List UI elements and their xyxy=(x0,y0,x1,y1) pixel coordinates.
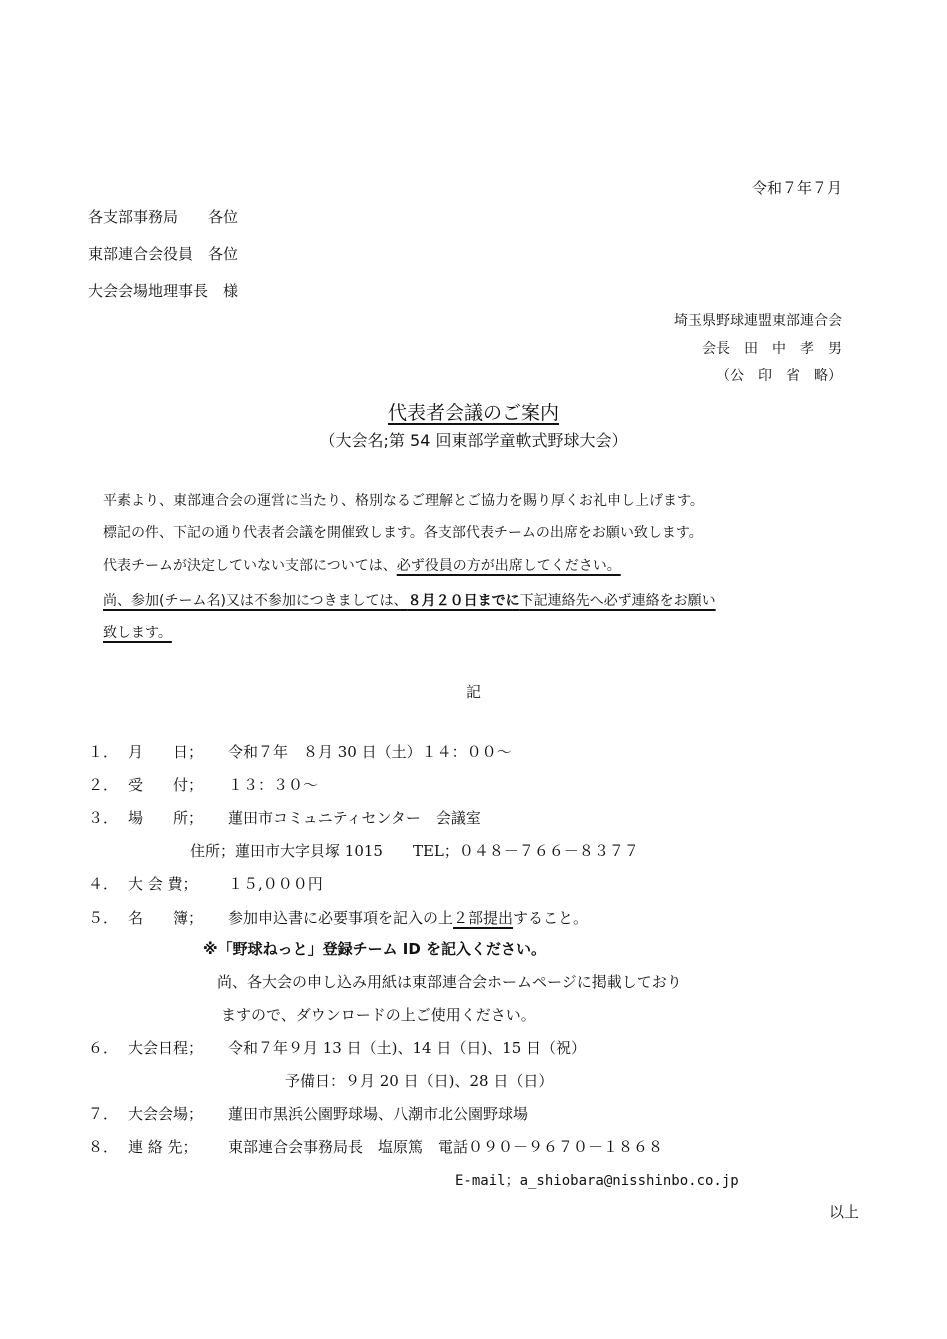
item-fee-value: １５,０００円 xyxy=(228,875,323,893)
item-date-value: 令和７年 ８月 30 日（土）１４：００～ xyxy=(228,743,512,761)
item-roster: ５．名 簿；参加申込書に必要事項を記入の上２部提出すること。 xyxy=(88,911,588,926)
item-reception: ２．受 付；１３：３０～ xyxy=(88,778,318,793)
contact-email: E-mail；a_shiobara@nisshinbo.co.jp xyxy=(455,1174,739,1188)
item-reception-value: １３：３０～ xyxy=(228,776,318,794)
tournament-name: （大会名;第 54 回東部学童軟式野球大会） xyxy=(0,433,947,449)
roster-download-note-2: ますので、ダウンロードの上ご使用ください。 xyxy=(221,1008,536,1023)
item-contact: ８．連 絡 先；東部連合会事務局長 塩原篤 電話０９０－９６７０－１８６８ xyxy=(88,1140,663,1155)
ki-marker: 記 xyxy=(0,685,947,700)
sender-president: 会長 田 中 孝 男 xyxy=(702,342,842,356)
item-place-address: 住所；蓮田市大字貝塚 1015 TEL；０４８－７６６－８３７７ xyxy=(190,844,639,859)
item-date: １．月 日；令和７年 ８月 30 日（土）１４：００～ xyxy=(88,745,512,760)
item-schedule-value: 令和７年９月 13 日（土)、14 日（日)、15 日（祝） xyxy=(228,1039,586,1057)
recipient-venue-directors: 大会会場地理事長 様 xyxy=(88,284,238,299)
item-place: ３．場 所；蓮田市コミュニティセンター 会議室 xyxy=(88,811,481,826)
roster-team-id-note: ※「野球ねっと」登録チーム ID を記入ください。 xyxy=(203,942,546,957)
item-venue: ７．大会会場；蓮田市黒浜公園野球場、八潮市北公園野球場 xyxy=(88,1107,528,1122)
item-place-value: 蓮田市コミュニティセンター 会議室 xyxy=(228,809,481,827)
body-line-3-plain: 代表チームが決定していない支部については、 xyxy=(103,558,397,574)
recipient-branch-offices: 各支部事務局 各位 xyxy=(88,210,238,225)
body-line-1: 平素より、東部連合会の運営に当たり、格別なるご理解とご協力を賜り厚くお礼申し上げ… xyxy=(103,494,704,508)
body-line-3-underlined: 必ず役員の方が出席してください。 xyxy=(397,558,621,574)
closing-mark: 以上 xyxy=(829,1205,859,1220)
item-venue-value: 蓮田市黒浜公園野球場、八潮市北公園野球場 xyxy=(228,1105,528,1123)
body-line-3: 代表チームが決定していない支部については、必ず役員の方が出席してください。 xyxy=(103,559,621,573)
document-date: 令和７年７月 xyxy=(752,181,842,196)
submit-two-copies: ２部提出 xyxy=(453,909,513,927)
body-line-5: 致します。 xyxy=(103,626,172,640)
page-title: 代表者会議のご案内 xyxy=(0,404,947,423)
sender-organization: 埼玉県野球連盟東部連合会 xyxy=(674,314,842,328)
body-line-2: 標記の件、下記の通り代表者会議を開催致します。各支部代表チームの出席をお願い致し… xyxy=(103,526,703,540)
roster-download-note-1: 尚、各大会の申し込み用紙は東部連合会ホームページに掲載しており xyxy=(217,975,682,990)
body-line-4-part1: 尚、参加(チーム名)又は不参加につきましては、 xyxy=(103,593,408,609)
item-fee: ４．大 会 費；１５,０００円 xyxy=(88,877,323,892)
item-schedule-reserve: 予備日：９月 20 日（日)、28 日（日） xyxy=(285,1074,553,1089)
recipient-officers: 東部連合会役員 各位 xyxy=(88,247,238,262)
item-contact-value: 東部連合会事務局長 塩原篤 電話０９０－９６７０－１８６８ xyxy=(228,1138,663,1156)
seal-omitted-note: （公 印 省 略） xyxy=(716,369,842,383)
body-line-4-part2: 下記連絡先へ必ず連絡をお願い xyxy=(520,593,716,609)
deadline-date: ８月２０日までに xyxy=(408,593,520,609)
body-line-4: 尚、参加(チーム名)又は不参加につきましては、８月２０日までに下記連絡先へ必ず連… xyxy=(103,594,716,608)
item-schedule: ６．大会日程；令和７年９月 13 日（土)、14 日（日)、15 日（祝） xyxy=(88,1041,586,1056)
